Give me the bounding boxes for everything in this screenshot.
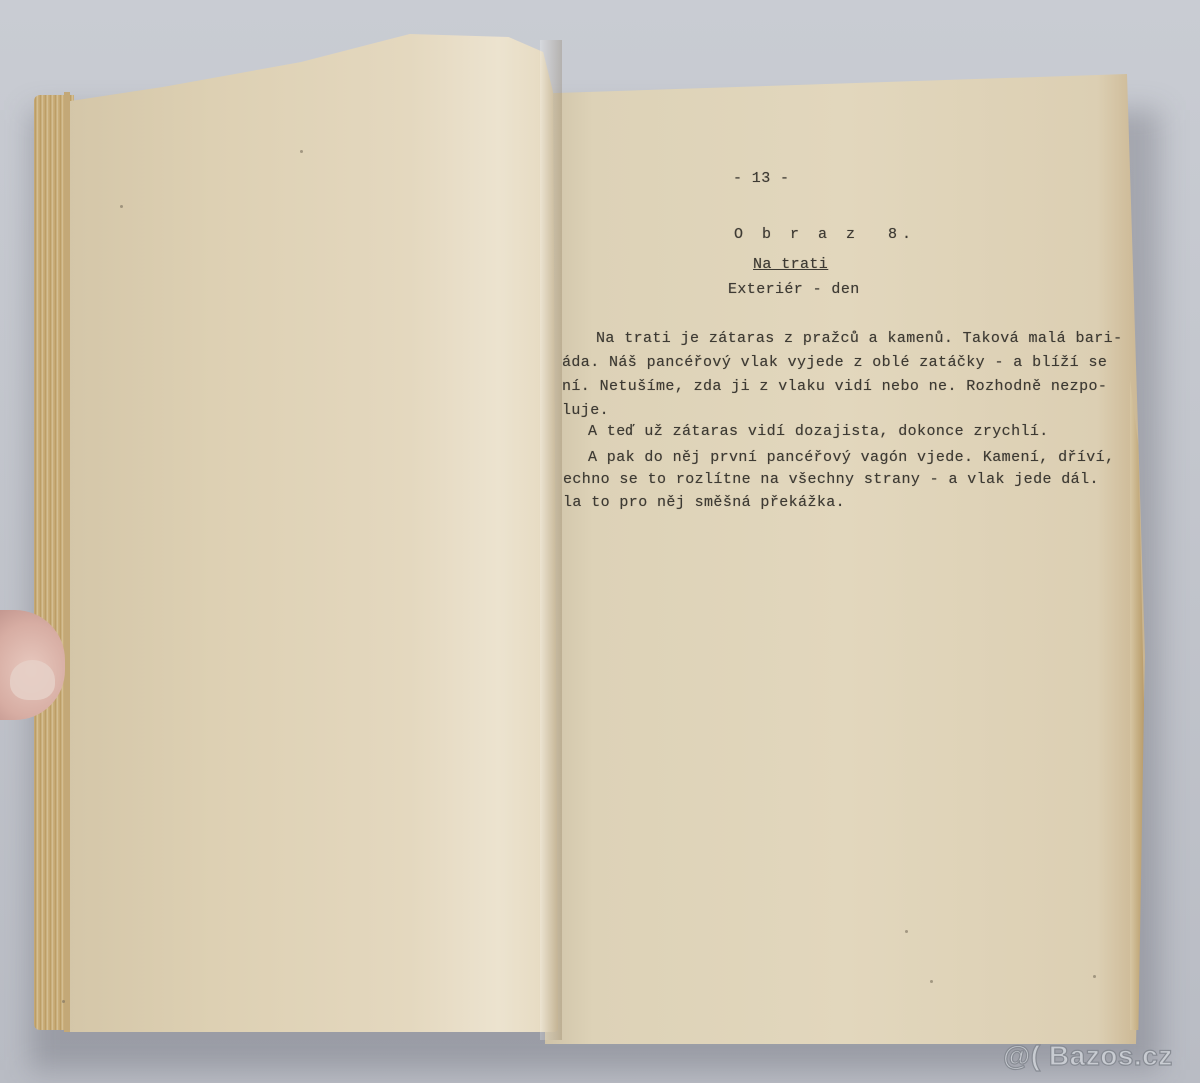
- paragraph-line: A pak do něj první pancéřový vagón vjede…: [588, 449, 1114, 466]
- paragraph-line: áda. Náš pancéřový vlak vyjede z oblé za…: [562, 354, 1107, 371]
- paragraph-line: echno se to rozlítne na všechny strany -…: [563, 471, 1099, 488]
- paper-speck: [300, 150, 303, 153]
- scene-setting: Exteriér - den: [728, 281, 860, 298]
- bazos-watermark: @( Bazos.cz: [1003, 1040, 1173, 1072]
- paper-speck: [1093, 975, 1096, 978]
- paper-speck: [62, 1000, 65, 1003]
- thumb-nail: [10, 660, 55, 700]
- scene-title: O b r a z 8.: [734, 226, 916, 243]
- paragraph-line: la to pro něj směšná překážka.: [563, 494, 845, 511]
- paragraph-line: ní. Netušíme, zda ji z vlaku vidí nebo n…: [562, 378, 1107, 395]
- paper-speck: [120, 205, 123, 208]
- left-page-edge: [64, 92, 70, 1032]
- right-page: [545, 74, 1145, 1044]
- page-number: - 13 -: [733, 170, 789, 187]
- paragraph-line: luje.: [562, 402, 609, 419]
- paper-speck: [930, 980, 933, 983]
- paragraph-line: A teď už zátaras vidí dozajista, dokonce…: [588, 423, 1049, 440]
- scene-name: Na trati: [753, 256, 828, 273]
- paper-speck: [905, 930, 908, 933]
- book-spine: [540, 40, 562, 1040]
- left-page-blank: [64, 32, 558, 1032]
- paragraph-line: Na trati je zátaras z pražců a kamenů. T…: [596, 330, 1122, 347]
